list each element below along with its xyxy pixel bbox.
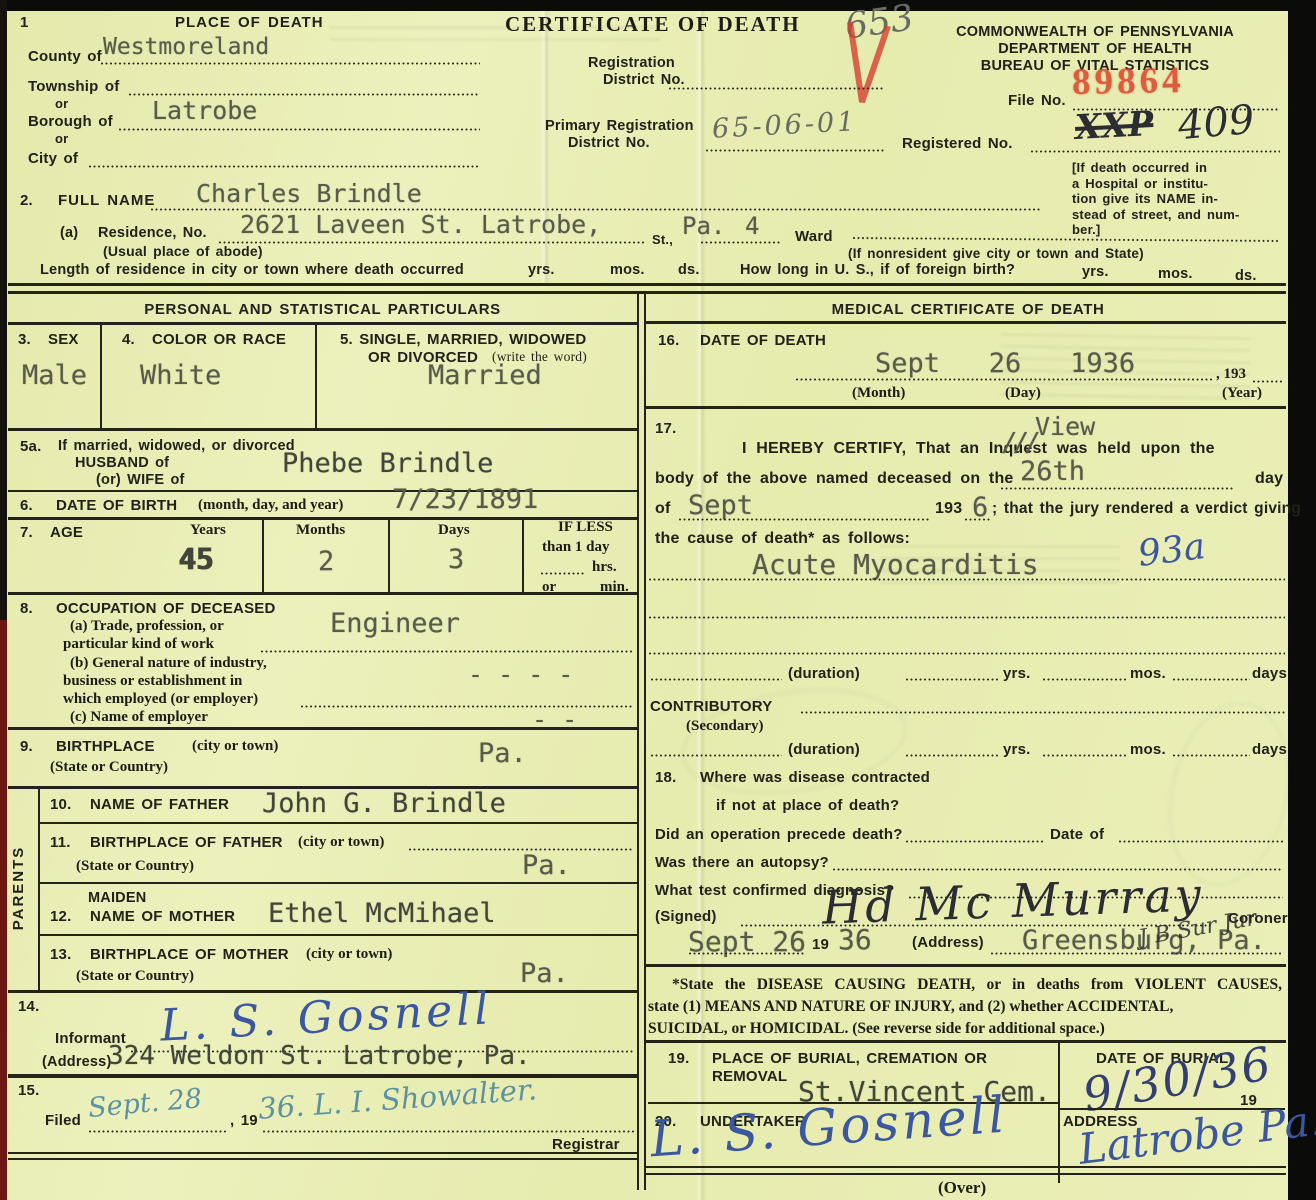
- dob-value: 7/23/1891: [392, 484, 538, 515]
- age-days-label: Days: [438, 522, 470, 539]
- certify-year-line: [964, 518, 990, 521]
- mother-label: NAME OF MOTHER: [90, 908, 235, 925]
- race-number: 4.: [122, 331, 135, 348]
- nonresident-note: (If nonresident give city or town and St…: [848, 246, 1144, 261]
- mos-label-1: mos.: [610, 262, 645, 278]
- sex-number: 3.: [18, 331, 31, 348]
- ifless-line2: than 1 day: [542, 539, 610, 556]
- occupation-b-line3: which employed (or employer): [63, 691, 258, 708]
- duration2-pre-line: [650, 754, 782, 757]
- left-rule-2: [8, 428, 637, 431]
- duration1-label: (duration): [788, 665, 860, 682]
- view-annotation: View: [1035, 412, 1095, 441]
- residence-value: 2621 Laveen St. Latrobe,: [240, 210, 601, 239]
- signed-19-label: 19: [812, 936, 829, 953]
- burial-number: 19.: [668, 1050, 689, 1067]
- sex-divider-2: [315, 325, 317, 428]
- informant-number: 14.: [18, 998, 39, 1015]
- informant-address-value: 324 Weldon St. Latrobe, Pa.: [108, 1041, 531, 1071]
- occupation-b-line1: (b) General nature of industry,: [70, 655, 267, 672]
- duration1-yrs: yrs.: [1003, 665, 1031, 682]
- right-rule-2: [646, 406, 1286, 409]
- abode-note: (Usual place of abode): [103, 243, 263, 259]
- age-days-value: 3: [448, 544, 464, 575]
- footnote-block: *State the DISEASE CAUSING DEATH, or in …: [648, 974, 1282, 1040]
- sex-divider-1: [100, 325, 102, 428]
- county-value: Westmoreland: [103, 34, 269, 60]
- mother-birthplace-number: 13.: [50, 946, 71, 963]
- race-value: White: [140, 360, 221, 391]
- dod-193-label: , 193: [1216, 366, 1246, 383]
- certify-day-value: 26th: [1020, 456, 1085, 487]
- father-birthplace-note: (city or town): [298, 834, 384, 851]
- signed-date-line: [688, 952, 806, 955]
- left-bottom-rule-2: [8, 1158, 637, 1160]
- borough-label: Borough of: [28, 113, 113, 130]
- birthplace-value: Pa.: [478, 738, 527, 769]
- burial-label-line1: PLACE OF BURIAL, CREMATION OR: [712, 1050, 987, 1067]
- cause-line-2: [648, 616, 1285, 619]
- certify-day-word: day: [1255, 470, 1283, 488]
- registration-line: [668, 87, 883, 90]
- death-certificate-scan: 1 PLACE OF DEATH County of Westmoreland …: [0, 0, 1316, 1200]
- left-rule-9: [8, 1074, 637, 1078]
- spouse-value: Phebe Brindle: [282, 448, 493, 479]
- ifless-line1: IF LESS: [558, 519, 613, 536]
- medical-section-title: MEDICAL CERTIFICATE OF DEATH: [650, 301, 1286, 318]
- q18-line1: Where was disease contracted: [700, 769, 930, 786]
- section-1-number: 1: [20, 14, 29, 31]
- duration1-mos: mos.: [1130, 665, 1166, 682]
- age-years-label: Years: [190, 522, 226, 539]
- left-rule-6: [8, 727, 637, 730]
- mos-label-2: mos.: [1158, 266, 1193, 282]
- father-birthplace-note2: (State or Country): [76, 858, 194, 875]
- father-number: 10.: [50, 796, 71, 813]
- mother-birthplace-label: BIRTHPLACE OF MOTHER: [90, 946, 289, 963]
- spouse-line2: HUSBAND of: [75, 455, 169, 471]
- cause-of-death-value: Acute Myocarditis: [752, 548, 1039, 581]
- certify-line-3: ; that the jury rendered a verdict givin…: [992, 500, 1301, 518]
- registered-no-crossed: XXP: [1074, 104, 1154, 148]
- primary-registration-label-1: Primary Registration: [545, 118, 694, 134]
- signed-address-line: [990, 952, 1282, 955]
- race-label: COLOR OR RACE: [152, 331, 286, 348]
- or-label-2: or: [55, 131, 68, 146]
- hospital-note-line: [If death occurred in: [1072, 160, 1290, 176]
- dod-number: 16.: [658, 332, 679, 349]
- center-divider-left: [637, 291, 639, 1190]
- father-value: John G. Brindle: [262, 788, 506, 819]
- father-birthplace-label: BIRTHPLACE OF FATHER: [90, 834, 283, 851]
- footnote-line-2: state (1) MEANS AND NATURE OF INJURY, an…: [648, 996, 1282, 1018]
- registered-no-label: Registered No.: [902, 135, 1013, 152]
- q18-dateof-label: Date of: [1050, 826, 1104, 843]
- ward-value: 4: [745, 212, 759, 240]
- file-number-stamp: 89864: [1072, 59, 1185, 104]
- age-divider-2: [388, 520, 390, 592]
- left-rule-3: [8, 490, 637, 492]
- footnote-line-3: SUICIDAL, or HOMICIDAL. (See reverse sid…: [648, 1018, 1282, 1040]
- place-of-death-title: PLACE OF DEATH: [175, 14, 324, 31]
- dod-year-note: (Year): [1222, 385, 1262, 402]
- q18-autopsy-label: Was there an autopsy?: [655, 854, 829, 871]
- sex-value: Male: [22, 360, 87, 391]
- secondary-label: (Secondary): [686, 718, 764, 735]
- marital-label-line1: 5. SINGLE, MARRIED, WIDOWED: [340, 331, 586, 348]
- q18-autopsy-line: [832, 868, 1282, 871]
- birthplace-number: 9.: [20, 738, 33, 755]
- city-line: [88, 165, 480, 168]
- q18-dateof-line: [1118, 840, 1283, 843]
- occupation-b-value: - - - -: [468, 660, 573, 689]
- right-rule-4: [646, 1040, 1286, 1043]
- occupation-a-line: [260, 650, 632, 653]
- registered-no-value: 409: [1176, 97, 1256, 149]
- dob-note: (month, day, and year): [198, 497, 343, 514]
- filed-19-label: , 19: [230, 1112, 258, 1129]
- q18-operation-line: [905, 840, 1045, 843]
- occupation-b-line2: business or establishment in: [63, 673, 242, 690]
- duration2-mos: mos.: [1130, 741, 1166, 758]
- duration2-yrs-line: [905, 754, 1000, 757]
- spouse-line3: (or) WIFE of: [96, 472, 185, 488]
- father-label: NAME OF FATHER: [90, 796, 229, 813]
- over-label: (Over): [938, 1178, 986, 1198]
- duration2-mos-line: [1042, 754, 1127, 757]
- commonwealth-line-1: COMMONWEALTH OF PENNSYLVANIA: [930, 24, 1260, 41]
- hospital-note-line: a Hospital or institu-: [1072, 176, 1290, 192]
- dod-month-note: (Month): [852, 385, 905, 402]
- mother-birthplace-value: Pa.: [520, 958, 569, 989]
- cause-code-script: 93a: [1136, 526, 1208, 575]
- footnote-line-1: *State the DISEASE CAUSING DEATH, or in …: [648, 974, 1282, 996]
- left-bottom-rule-1: [8, 1152, 637, 1154]
- county-label: County of: [28, 48, 102, 65]
- borough-line: [118, 128, 480, 131]
- howlong-label: How long in U. S., if of foreign birth?: [740, 262, 1015, 278]
- hospital-note-line: tion give its NAME in-: [1072, 191, 1290, 207]
- registrar-label: Registrar: [552, 1136, 620, 1153]
- or-label-1: or: [55, 96, 68, 111]
- right-bottom-rule-2: [646, 1173, 1286, 1175]
- age-years-value: 45: [178, 542, 213, 576]
- marital-value: Married: [428, 360, 542, 391]
- parents-rule-1: [38, 822, 637, 824]
- birthplace-note: (city or town): [192, 738, 278, 755]
- residence-state-value: Pa.: [682, 212, 725, 240]
- father-birthplace-line: [408, 848, 633, 851]
- dod-year-line: [1252, 380, 1282, 383]
- mother-maiden-label: MAIDEN: [88, 890, 146, 906]
- parents-box-line: [38, 789, 40, 990]
- registration-label-2: District No.: [603, 72, 685, 88]
- filed-number: 15.: [18, 1082, 39, 1099]
- main-rule-bottom: [8, 291, 1286, 294]
- cause-line-1: [648, 578, 1285, 581]
- signed-address-label: (Address): [912, 934, 984, 951]
- duration2-days-line: [1172, 754, 1250, 757]
- ds-label-1: ds.: [678, 262, 700, 278]
- birthplace-label: BIRTHPLACE: [56, 738, 155, 755]
- certify-line-1a: I HEREBY CERTIFY, That an: [742, 440, 989, 457]
- residence-line: [218, 241, 646, 244]
- spouse-line1: If married, widowed, or divorced: [58, 438, 295, 454]
- age-months-value: 2: [318, 546, 334, 577]
- certify-line-1b: was held upon the: [1047, 440, 1215, 457]
- registered-no-line: [1030, 150, 1280, 153]
- filed-date-line: [88, 1130, 226, 1133]
- certify-line-4: the cause of death* as follows:: [655, 530, 910, 548]
- age-number: 7.: [20, 524, 33, 541]
- certify-193-label: 193: [935, 500, 962, 518]
- duration1-mos-line: [1042, 678, 1127, 681]
- duration1-days: days: [1252, 665, 1287, 682]
- city-label: City of: [28, 150, 78, 167]
- right-bottom-rule-1: [646, 1166, 1286, 1168]
- dob-label: DATE OF BIRTH: [56, 497, 177, 514]
- age-divider-1: [262, 520, 264, 592]
- commonwealth-line-2: DEPARTMENT OF HEALTH: [930, 41, 1260, 58]
- ward-line-short: [700, 241, 780, 244]
- township-label: Township of: [28, 78, 119, 95]
- duration2-label: (duration): [788, 741, 860, 758]
- certify-line-1: I HEREBY CERTIFY, That an Inquest was he…: [742, 440, 1215, 458]
- center-divider-right: [644, 291, 646, 1190]
- duration2-days: days: [1252, 741, 1287, 758]
- filed-label: Filed: [45, 1112, 81, 1129]
- scan-edge-left: [0, 0, 7, 620]
- occupation-number: 8.: [20, 600, 33, 617]
- contributory-line: [800, 711, 1285, 714]
- occupation-a-line1: (a) Trade, profession, or: [70, 618, 224, 635]
- left-rule-1: [8, 322, 637, 325]
- dod-value: Sept 26 1936: [875, 348, 1135, 379]
- duration1-pre-line: [650, 678, 782, 681]
- scan-edge-left-red: [0, 620, 7, 1200]
- occupation-label: OCCUPATION OF DECEASED: [56, 600, 276, 617]
- signed-36-value: 36: [838, 923, 872, 956]
- mother-birthplace-note: (city or town): [306, 946, 392, 963]
- age-label: AGE: [50, 524, 83, 541]
- certificate-title: CERTIFICATE OF DEATH: [505, 12, 801, 37]
- parents-rule-2: [38, 882, 637, 884]
- mother-number: 12.: [50, 908, 71, 925]
- primary-registration-label-2: District No.: [568, 135, 650, 151]
- signed-label: (Signed): [655, 908, 717, 925]
- occupation-c-label: (c) Name of employer: [70, 709, 208, 726]
- certify-line-2: body of the above named deceased on the: [655, 470, 1014, 488]
- ward-label: Ward: [795, 228, 833, 245]
- right-rule-1: [646, 321, 1286, 324]
- ds-label-2: ds.: [1235, 268, 1257, 284]
- dod-line: [795, 378, 1213, 381]
- hospital-note-line: stead of street, and num-: [1072, 207, 1290, 223]
- registration-label-1: Registration: [588, 55, 675, 71]
- sex-label: SEX: [48, 331, 79, 348]
- length-residence-label: Length of residence in city or town wher…: [40, 262, 464, 278]
- personal-section-title: PERSONAL AND STATISTICAL PARTICULARS: [8, 301, 637, 318]
- hrs-label: hrs.: [592, 559, 617, 576]
- red-check-icon: [846, 18, 892, 110]
- dod-label: DATE OF DEATH: [700, 332, 826, 349]
- residence-label: Residence, No.: [98, 225, 207, 241]
- left-rule-4: [8, 517, 637, 520]
- certify-of-word: of: [655, 500, 671, 518]
- father-birthplace-number: 11.: [50, 834, 71, 851]
- age-divider-3: [522, 520, 524, 592]
- q18-line2: if not at place of death?: [716, 797, 899, 814]
- fullname-number: 2.: [20, 192, 33, 209]
- q18-operation-label: Did an operation precede death?: [655, 826, 903, 843]
- spouse-number: 5a.: [20, 438, 41, 455]
- occupation-a-value: Engineer: [330, 608, 460, 639]
- dod-day-note: (Day): [1005, 385, 1041, 402]
- dob-number: 6.: [20, 497, 33, 514]
- cause-line-3: [648, 652, 1285, 655]
- right-rule-3: [646, 964, 1286, 967]
- duration2-yrs: yrs.: [1003, 741, 1031, 758]
- borough-value: Latrobe: [152, 96, 257, 125]
- mother-value: Ethel McMihael: [268, 898, 496, 929]
- residence-prefix: (a): [60, 225, 78, 241]
- mother-birthplace-note2: (State or Country): [76, 968, 194, 985]
- burial-divider: [1058, 1043, 1060, 1183]
- certify-month-line: [678, 518, 930, 521]
- hrs-line: [540, 572, 586, 575]
- contributory-label: CONTRIBUTORY: [650, 698, 772, 715]
- duration1-days-line: [1172, 678, 1250, 681]
- informant-address-label: (Address): [42, 1054, 111, 1070]
- main-rule-top: [8, 283, 1286, 286]
- yrs-label-2: yrs.: [1082, 264, 1109, 280]
- hospital-note: [If death occurred in a Hospital or inst…: [1072, 160, 1290, 238]
- paper-crease-1: [540, 11, 550, 286]
- parents-rule-3: [38, 934, 637, 936]
- father-birthplace-value: Pa.: [522, 850, 571, 881]
- registrar-line: [262, 1130, 634, 1133]
- occupation-b-line: [300, 705, 632, 708]
- q18-number: 18.: [655, 769, 676, 786]
- fullname-label: FULL NAME: [58, 192, 155, 209]
- primary-registration-line: [705, 149, 885, 152]
- parents-vertical-label: PARENTS: [10, 808, 30, 968]
- county-line: [100, 62, 480, 65]
- certify-number: 17.: [655, 420, 676, 437]
- yrs-label-1: yrs.: [528, 262, 555, 278]
- duration1-yrs-line: [905, 678, 1000, 681]
- birthplace-note2: (State or Country): [50, 759, 168, 776]
- file-no-label: File No.: [1008, 92, 1066, 109]
- inquest-strikeout-slashes: ///: [1002, 428, 1037, 458]
- street-label: St.,: [652, 232, 673, 247]
- burial-label-line2: REMOVAL: [712, 1068, 787, 1085]
- certify-day-line: [1000, 487, 1235, 490]
- left-rule-5: [8, 592, 637, 595]
- fullname-value: Charles Brindle: [196, 179, 422, 208]
- age-months-label: Months: [296, 522, 345, 539]
- occupation-a-line2: particular kind of work: [63, 636, 214, 653]
- hospital-note-line: ber.]: [1072, 222, 1290, 238]
- certify-month-value: Sept: [688, 490, 753, 521]
